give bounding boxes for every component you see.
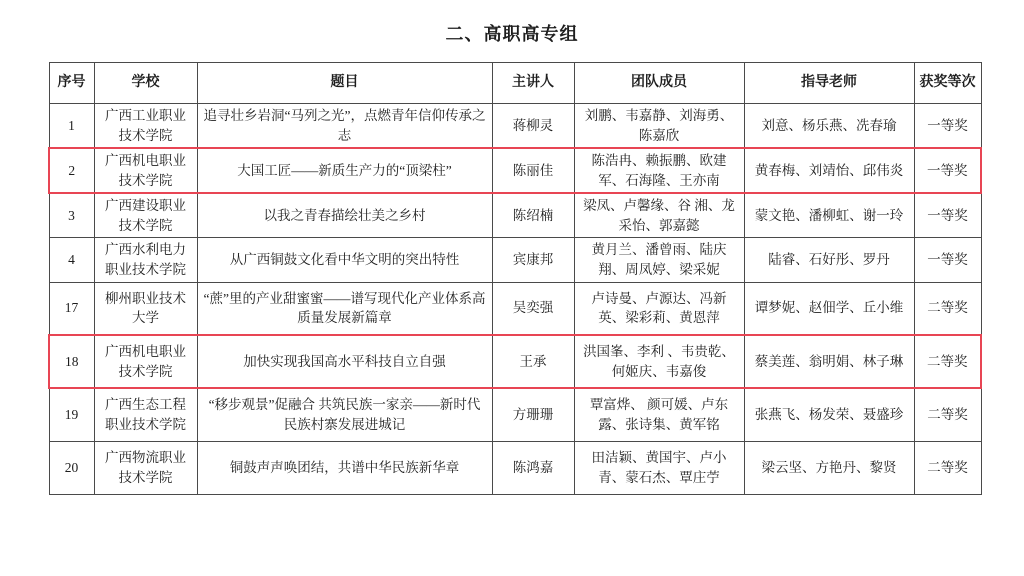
cell-team: 覃富烨、 颜可媛、卢东露、张诗集、黄军铭 [574, 388, 744, 441]
cell-advisors: 蒙文艳、潘柳虹、谢一玲 [744, 193, 914, 238]
cell-no: 17 [49, 282, 94, 335]
table-row: 1广西工业职业技术学院追寻壮乡岩洞“马列之光”，点燃青年信仰传承之志蒋柳灵刘鹏、… [49, 104, 981, 149]
table-row: 19广西生态工程职业技术学院“移步观景”促融合 共筑民族一家亲——新时代民族村寨… [49, 388, 981, 441]
table-row: 4广西水利电力职业技术学院从广西铜鼓文化看中华文明的突出特性宾康邦黄月兰、潘曾雨… [49, 238, 981, 282]
cell-no: 3 [49, 193, 94, 238]
awards-table: 序号 学校 题目 主讲人 团队成员 指导老师 获奖等次 1广西工业职业技术学院追… [48, 62, 982, 495]
cell-title: 追寻壮乡岩洞“马列之光”，点燃青年信仰传承之志 [197, 104, 492, 149]
cell-no: 18 [49, 335, 94, 388]
cell-advisors: 蔡美莲、翁明娟、林子琳 [744, 335, 914, 388]
cell-award: 一等奖 [914, 104, 981, 149]
cell-advisors: 谭梦妮、赵佃学、丘小维 [744, 282, 914, 335]
cell-title: “移步观景”促融合 共筑民族一家亲——新时代民族村寨发展进城记 [197, 388, 492, 441]
column-header-speaker: 主讲人 [492, 63, 574, 104]
page-title: 二、高职高专组 [0, 20, 1024, 46]
cell-team: 洪国峯、李利 、韦贵乾、何姬庆、韦嘉俊 [574, 335, 744, 388]
cell-title: “蔗”里的产业甜蜜蜜——谱写现代化产业体系高质量发展新篇章 [197, 282, 492, 335]
cell-award: 二等奖 [914, 335, 981, 388]
table-header-row: 序号 学校 题目 主讲人 团队成员 指导老师 获奖等次 [49, 63, 981, 104]
cell-school: 广西生态工程职业技术学院 [94, 388, 197, 441]
table-row: 17柳州职业技术大学“蔗”里的产业甜蜜蜜——谱写现代化产业体系高质量发展新篇章吴… [49, 282, 981, 335]
cell-team: 陈浩冉、赖振鹏、欧建军、石海隆、王亦南 [574, 148, 744, 193]
cell-school: 广西机电职业技术学院 [94, 335, 197, 388]
cell-no: 19 [49, 388, 94, 441]
table-row: 3广西建设职业技术学院以我之青春描绘壮美之乡村陈绍楠梁凤、卢馨缘、谷 湘、龙采怡… [49, 193, 981, 238]
cell-award: 一等奖 [914, 193, 981, 238]
cell-award: 一等奖 [914, 238, 981, 282]
table-row: 20广西物流职业技术学院铜鼓声声唤团结，共谱中华民族新华章陈鸿嘉田洁颖、黄国宇、… [49, 441, 981, 494]
cell-advisors: 梁云坚、方艳丹、黎贤 [744, 441, 914, 494]
cell-award: 二等奖 [914, 388, 981, 441]
cell-advisors: 刘意、杨乐燕、冼春瑜 [744, 104, 914, 149]
cell-title: 大国工匠——新质生产力的“顶梁柱” [197, 148, 492, 193]
cell-no: 2 [49, 148, 94, 193]
cell-award: 二等奖 [914, 282, 981, 335]
cell-speaker: 吴奕强 [492, 282, 574, 335]
column-header-advisors: 指导老师 [744, 63, 914, 104]
cell-no: 20 [49, 441, 94, 494]
cell-no: 4 [49, 238, 94, 282]
cell-no: 1 [49, 104, 94, 149]
cell-advisors: 张燕飞、杨发荣、聂盛珍 [744, 388, 914, 441]
cell-advisors: 陆睿、石好彤、罗丹 [744, 238, 914, 282]
table-row: 2广西机电职业技术学院大国工匠——新质生产力的“顶梁柱”陈丽佳陈浩冉、赖振鹏、欧… [49, 148, 981, 193]
cell-title: 加快实现我国高水平科技自立自强 [197, 335, 492, 388]
cell-team: 刘鹏、韦嘉静、刘海勇、陈嘉欣 [574, 104, 744, 149]
cell-school: 广西水利电力职业技术学院 [94, 238, 197, 282]
cell-school: 广西机电职业技术学院 [94, 148, 197, 193]
cell-team: 黄月兰、潘曾雨、陆庆翔、周凤婷、梁采妮 [574, 238, 744, 282]
cell-speaker: 王承 [492, 335, 574, 388]
table-row: 18广西机电职业技术学院加快实现我国高水平科技自立自强王承洪国峯、李利 、韦贵乾… [49, 335, 981, 388]
table-body: 1广西工业职业技术学院追寻壮乡岩洞“马列之光”，点燃青年信仰传承之志蒋柳灵刘鹏、… [49, 104, 981, 495]
cell-speaker: 陈绍楠 [492, 193, 574, 238]
cell-team: 田洁颖、黄国宇、卢小青、蒙石杰、覃庄苧 [574, 441, 744, 494]
column-header-school: 学校 [94, 63, 197, 104]
cell-team: 梁凤、卢馨缘、谷 湘、龙采怡、郭嘉懿 [574, 193, 744, 238]
column-header-team: 团队成员 [574, 63, 744, 104]
cell-school: 柳州职业技术大学 [94, 282, 197, 335]
cell-speaker: 方珊珊 [492, 388, 574, 441]
cell-award: 一等奖 [914, 148, 981, 193]
cell-title: 铜鼓声声唤团结，共谱中华民族新华章 [197, 441, 492, 494]
cell-speaker: 宾康邦 [492, 238, 574, 282]
cell-award: 二等奖 [914, 441, 981, 494]
cell-speaker: 陈鸿嘉 [492, 441, 574, 494]
cell-title: 以我之青春描绘壮美之乡村 [197, 193, 492, 238]
cell-speaker: 陈丽佳 [492, 148, 574, 193]
cell-team: 卢诗曼、卢源达、冯新英、梁彩莉、黄恩萍 [574, 282, 744, 335]
document-page: 二、高职高专组 序号 学校 题目 主讲人 团队成员 指导老师 获奖等次 1广西工… [0, 0, 1024, 576]
column-header-no: 序号 [49, 63, 94, 104]
cell-school: 广西物流职业技术学院 [94, 441, 197, 494]
cell-advisors: 黄春梅、刘靖怡、邱伟炎 [744, 148, 914, 193]
column-header-award: 获奖等次 [914, 63, 981, 104]
column-header-title: 题目 [197, 63, 492, 104]
cell-school: 广西建设职业技术学院 [94, 193, 197, 238]
cell-speaker: 蒋柳灵 [492, 104, 574, 149]
cell-school: 广西工业职业技术学院 [94, 104, 197, 149]
cell-title: 从广西铜鼓文化看中华文明的突出特性 [197, 238, 492, 282]
